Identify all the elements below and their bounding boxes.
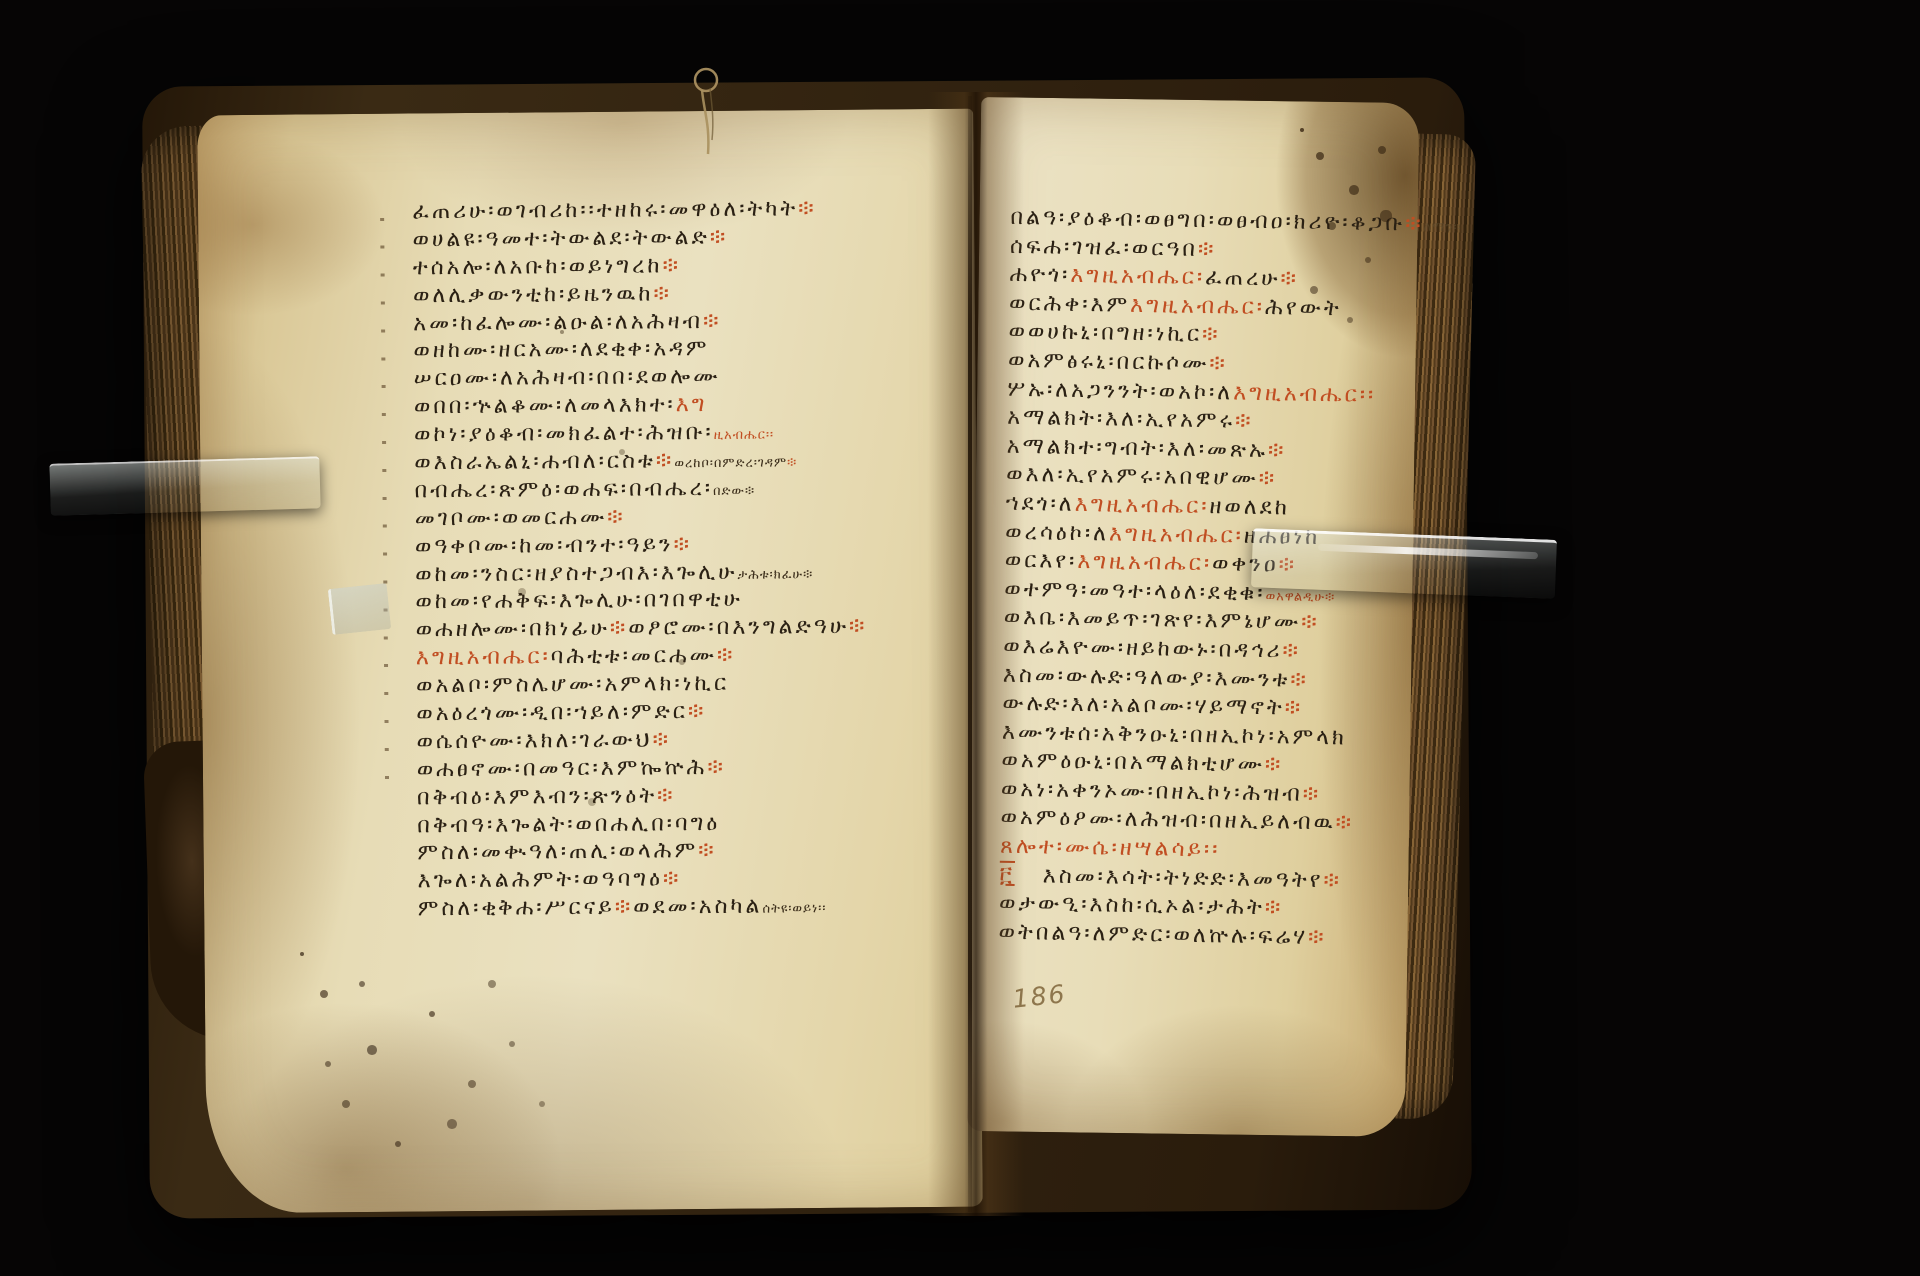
rubric-text: ፨ <box>717 643 736 668</box>
ink-text: ዘወለደከ <box>1209 494 1290 520</box>
right-page: በልዓ፡ያዕቆብ፡ወፀግበ፡ወፀብዐ፡ክሪዮ፡ቆጋቡ፨ለማን፡፡ሰፍሐ፡ገዝፈ፡… <box>967 97 1419 1137</box>
ink-text: ወረከቦ፡በምድረ፡ገዳም <box>674 455 787 471</box>
ink-text: ወርሕቀ፡እም <box>1009 291 1130 318</box>
rubric-text: እግዚአብሔር፡ <box>1077 549 1212 576</box>
rubric-text: ፨ <box>615 895 634 920</box>
ink-text: ወሴሰዮሙ፡እክለ፡ገራውህ <box>416 727 652 754</box>
ink-text: ወተምዓ፡መዓተ፡ላዕለ፡ደቂቁ፡ <box>1004 576 1266 605</box>
foxing-stains-right-top <box>1300 128 1304 132</box>
gutter-crease <box>968 96 972 1212</box>
ink-text: ዚአብሔር፡፡ <box>714 428 774 443</box>
text-line: መገቦሙ፡ወመርሐሙ፨ <box>415 503 867 534</box>
thread-icon <box>662 62 750 162</box>
rubric-text: እግ <box>676 392 708 417</box>
ink-text: ወፆሮሙ፡በእንግልድዓሁ <box>628 614 849 641</box>
ink-text: ወዓቀቦሙ፡ከመ፡ብንተ፡ዓይን <box>415 532 674 559</box>
photograph-of-manuscript: ፈጠሪሁ፡ወገብሪከ፡፡ተዘከሩ፡መዋዕለ፡ትካት፨ወሀልዩ፡ዓመተ፡ትውልደ፡… <box>0 0 1920 1276</box>
ink-text: ወኮነ፡ያዕቆብ፡መክፈልተ፡ሕዝቡ፡ <box>414 420 714 447</box>
rubric-text: ፨ <box>1265 752 1284 777</box>
foxing-stains-center <box>560 330 564 334</box>
ink-text: ወእለ፡ኢየአምሩ፡አበዊሆሙ <box>1006 462 1259 491</box>
rubric-text: እግዚአብሔር፡ <box>1074 492 1209 519</box>
rubric-text: ፨ <box>1323 868 1342 893</box>
ink-text: ወወሀኩኒ፡በግዘ፡ነኪር <box>1008 319 1202 347</box>
ink-text: በልዓ፡ያዕቆብ፡ወፀግበ፡ወፀብዐ፡ክሪዮ፡ቆጋቡ <box>1010 205 1405 237</box>
ink-text: በቅብዓ፡እጐልት፡ወበሐሊበ፡ባግዕ <box>417 811 720 838</box>
text-line: ምስለ፡መቊዓለ፡ጠሊ፡ወላሕም፨ <box>417 837 869 868</box>
ink-text: ሠርዐሙ፡ለአሕዛብ፡በበ፡ደወሎሙ <box>414 364 721 391</box>
ink-text: ተሰአሎ፡ለአቡከ፡ወይነግረከ <box>413 253 663 280</box>
text-line: አመ፡ከፈሎሙ፡ልዑል፡ለአሕዛብ፨ <box>413 307 865 338</box>
ink-text: ወታውዒ፡እስከ፡ሲኦል፡ታሕት <box>999 891 1265 920</box>
rubric-text: ፨ <box>657 783 676 808</box>
rubric-text: ፨ <box>1209 351 1228 376</box>
text-line: ወትበልዓ፡ለምድር፡ወለኵሉ፡ፍሬሃ፨ <box>998 920 1450 956</box>
ink-text: ወአዕረጎሙ፡ዲበ፡ኀይለ፡ምድር <box>416 699 688 726</box>
text-line: በቅብዕ፡እምእብን፡ጽንዕት፨ <box>417 781 869 812</box>
rubric-text: እግዚአብሔር፡፡ <box>1233 380 1376 407</box>
rubric-text: እግዚአብሔር፡ <box>1130 293 1265 320</box>
text-line: ወዘከሙ፡ዘርአሙ፡ለደቂቀ፡አዳም <box>413 335 865 366</box>
text-line: ምስለ፡ቂቅሐ፡ሥርናይ፨ወደመ፡አስካልሰትዩ፡ወይነ፡፡ <box>418 893 870 924</box>
text-line: በቅብዓ፡እጐልት፡ወበሐሊበ፡ባግዕ <box>417 809 869 840</box>
rubric-text: ፨ <box>1258 466 1277 491</box>
text-line: ወአዕረጎሙ፡ዲበ፡ኀይለ፡ምድር፨ <box>416 698 868 729</box>
ruling-prick-marks <box>380 218 389 780</box>
ink-text: ታሕቱ፡ክፈሁ፨ <box>737 567 813 583</box>
text-line: ፈጠሪሁ፡ወገብሪከ፡፡ተዘከሩ፡መዋዕለ፡ትካት፨ <box>412 196 864 227</box>
text-line: ወበበ፡ኍልቆሙ፡ለመላእክተ፡እግ <box>414 391 866 422</box>
text-line: ወለሊቃውንቲከ፡ይዜንዉከ፨ <box>413 279 865 310</box>
ink-text: ወአዋልዲሁ፨ <box>1265 589 1335 605</box>
text-line: ተሰአሎ፡ለአቡከ፡ወይነግረከ፨ <box>413 252 865 283</box>
rubric-text: ፨ <box>703 308 722 333</box>
ink-text: አማልክት፡እለ፡ኢየአምሩ <box>1007 405 1235 434</box>
foxing-stains-left-bottom <box>300 952 304 956</box>
ink-text: ፨ <box>787 455 797 470</box>
ink-text: ወአምዕዑኒ፡በአማልክቲሆሙ <box>1001 748 1265 777</box>
ink-text: ወዘከሙ፡ዘርአሙ፡ለደቂቀ፡አዳም <box>413 336 709 363</box>
rubric-text: ፨ <box>653 281 672 306</box>
text-line: እጐለ፡አልሕምት፡ወዓባግዕ፨ <box>418 865 870 896</box>
text-line: ወሀልዩ፡ዓመተ፡ትውልደ፡ትውልድ፨ <box>413 224 865 255</box>
rubric-text: ፨ <box>707 755 726 780</box>
plexiglass-clamp-right <box>1251 528 1557 599</box>
text-line: በብሔረ፡ጽምዕ፡ወሐፍ፡በብሔረ፡በድው፨ <box>414 475 866 506</box>
rubric-text: ፨ <box>1335 811 1354 836</box>
gutter-shadow <box>928 92 1024 1216</box>
text-line: ወኮነ፡ያዕቆብ፡መክፈልተ፡ሕዝቡ፡ዚአብሔር፡፡ <box>414 419 866 450</box>
text-line: ሠርዐሙ፡ለአሕዛብ፡በበ፡ደወሎሙ <box>414 363 866 394</box>
ink-text: ውሉድ፡እለ፡አልቦሙ፡ሃይማኖት <box>1002 691 1285 721</box>
ink-text: በብሔረ፡ጽምዕ፡ወሐፍ፡በብሔረ፡ <box>414 476 713 503</box>
ink-text: ምስለ፡መቊዓለ፡ጠሊ፡ወላሕም <box>417 839 698 866</box>
ink-text: ወእቤ፡እመይጥ፡ገጽየ፡እምኔሆሙ <box>1004 605 1302 635</box>
ink-text: ወከመ፡ንስር፡ዘያስተጋብእ፡እጐሊሁ <box>415 559 737 587</box>
rubric-text: ፨ <box>656 448 675 473</box>
rubric-text: ፨ <box>710 225 729 250</box>
ink-text: መገቦሙ፡ወመርሐሙ <box>415 505 608 532</box>
ink-text: ፈጠሪሁ፡ወገብሪከ፡፡ተዘከሩ፡መዋዕለ፡ትካት <box>412 196 798 224</box>
ink-text: ወሐዘሎሙ፡በክነፊሁ <box>416 616 610 643</box>
ink-text: ወእስራኤልኒ፡ሐብለ፡ርስቱ <box>414 448 656 475</box>
ink-text: ለማን፡፡ <box>1423 220 1461 236</box>
rubric-text: ፨ <box>652 727 671 752</box>
rubric-text: እግዚአብሔር፡ <box>416 645 551 671</box>
rubric-text: ፨ <box>1284 696 1303 721</box>
ink-text: አመ፡ከፈሎሙ፡ልዑል፡ለአሕዛብ <box>413 309 703 336</box>
rubric-text: ፨ <box>698 838 717 863</box>
rubric-text: ፨ <box>849 614 868 639</box>
rubric-text: ፨ <box>1265 895 1284 920</box>
text-line: ወከመ፡ንስር፡ዘያስተጋብእ፡እጐሊሁታሕቱ፡ክፈሁ፨ <box>415 558 867 589</box>
text-line: ወከመ፡የሐቅፍ፡እጐሊሁ፡በገበዋቲሁ <box>415 586 867 617</box>
ink-text: በድው፨ <box>713 484 755 499</box>
rubric-text: ፨ <box>1303 782 1322 807</box>
rubric-text: ፨ <box>1202 322 1221 347</box>
rubric-text: ፨ <box>610 616 629 641</box>
rubric-text: ፨ <box>1308 925 1327 950</box>
text-line: እግዚአብሔር፡ባሕቲቱ፡መርሐሙ፨ <box>416 642 868 673</box>
rubric-text: ፨ <box>663 867 682 892</box>
left-page: ፈጠሪሁ፡ወገብሪከ፡፡ተዘከሩ፡መዋዕለ፡ትካት፨ወሀልዩ፡ዓመተ፡ትውልደ፡… <box>197 109 983 1214</box>
ink-text: ወትበልዓ፡ለምድር፡ወለኵሉ፡ፍሬሃ <box>998 920 1308 950</box>
rubric-text: ፨ <box>1235 409 1254 434</box>
ink-text: ወአልቦ፡ምስሌሆሙ፡አምላክ፡ነኪር <box>416 671 729 698</box>
text-line: ወሴሰዮሙ፡እክለ፡ገራውህ፨ <box>416 726 868 757</box>
rubric-text: እግዚአብሔር፡ <box>1070 263 1205 290</box>
rubric-text: ፨ <box>1290 667 1309 692</box>
ink-text: አማልክተ፡ግብት፡እለ፡መጽኡ <box>1007 434 1269 463</box>
ink-text: በቅብዕ፡እምእብን፡ጽንዕት <box>417 783 657 810</box>
rubric-text: ፨ <box>1301 610 1320 635</box>
ink-text: እሙንቱሰ፡አቅንዑኒ፡በዘኢኮነ፡አምላክ <box>1002 719 1347 750</box>
ink-text: ወሐፀኖሙ፡በመዓር፡እምኰኵሕ <box>417 755 708 782</box>
rubric-text: ፨ <box>607 504 626 529</box>
ink-text: ወለሊቃውንቲከ፡ይዜንዉከ <box>413 281 654 308</box>
text-line: ወሐዘሎሙ፡በክነፊሁ፨ወፆሮሙ፡በእንግልድዓሁ፨ <box>416 614 868 645</box>
rubric-text: ፨ <box>673 532 692 557</box>
plexiglass-clamp-left <box>49 456 320 516</box>
rubric-text: ፨ <box>662 253 681 278</box>
rubric-text: ፨ <box>1282 638 1301 663</box>
ink-text: ፈጠረሁ <box>1205 265 1281 291</box>
left-page-text: ፈጠሪሁ፡ወገብሪከ፡፡ተዘከሩ፡መዋዕለ፡ትካት፨ወሀልዩ፡ዓመተ፡ትውልደ፡… <box>412 196 869 925</box>
plexiglass-page-holder <box>328 583 391 635</box>
ink-text: ሦኡ፡ለአጋንንት፡ወአኮ፡ለ <box>1007 376 1233 405</box>
rubric-text: ፨ <box>1405 211 1424 236</box>
ink-text: ምስለ፡ቂቅሐ፡ሥርናይ <box>418 895 615 922</box>
text-line: ወዓቀቦሙ፡ከመ፡ብንተ፡ዓይን፨ <box>415 530 867 561</box>
rubric-text: ፨ <box>1280 266 1299 291</box>
rubric-text: ጸሎተ፡ሙሴ፡ዘሣልሳይ፡፡ <box>1000 834 1221 863</box>
rubric-text: ፨ <box>688 699 707 724</box>
text-line: ወአልቦ፡ምስሌሆሙ፡አምላክ፡ነኪር <box>416 670 868 701</box>
ink-text: ወከመ፡የሐቅፍ፡እጐሊሁ፡በገበዋቲሁ <box>415 587 743 615</box>
ink-text: ሰትዩ፡ወይነ፡፡ <box>762 901 826 917</box>
ink-text: ወአነ፡አቀንኦሙ፡በዘኢኮነ፡ሕዝብ <box>1001 777 1303 807</box>
ink-text: ሰፍሐ፡ገዝፈ፡ወርዓበ <box>1010 233 1198 261</box>
ink-text: ሕየውት <box>1265 295 1342 321</box>
ink-text: እጐለ፡አልሕምት፡ወዓባግዕ <box>418 867 664 894</box>
ink-text: ወደመ፡አስካል <box>633 894 762 920</box>
ink-text: ወአምዕዖሙ፡ለሕዝብ፡በዘኢይለብዉ <box>1000 805 1335 836</box>
ink-text: እስመ፡እሳት፡ትነድድ፡እመዓትየ <box>1043 863 1324 893</box>
ink-text: ወእሬእዮሙ፡ዘይከውኑ፡በዳኅሪ <box>1003 634 1283 664</box>
ink-text: ወሀልዩ፡ዓመተ፡ትውልደ፡ትውልድ <box>413 225 710 252</box>
rubric-text: ፨ <box>1198 237 1217 262</box>
ink-text: እስመ፡ውሉድ፡ዓለውያ፡እሙንቱ <box>1003 662 1291 692</box>
rubric-text: እግዚአብሔር፡ <box>1109 521 1244 548</box>
rubric-text: ፨ <box>1268 438 1287 463</box>
rubric-text: ፨ <box>798 196 817 221</box>
ink-text: ወአምፅሩኒ፡በርኩሶሙ <box>1008 348 1210 376</box>
text-line: ወሐፀኖሙ፡በመዓር፡እምኰኵሕ፨ <box>417 754 869 785</box>
text-line: ወእስራኤልኒ፡ሐብለ፡ርስቱ፨ወረከቦ፡በምድረ፡ገዳም፨ <box>414 447 866 478</box>
ink-text: ባሕቲቱ፡መርሐሙ <box>551 643 717 669</box>
ink-text: ወበበ፡ኍልቆሙ፡ለመላእክተ፡ <box>414 393 676 420</box>
